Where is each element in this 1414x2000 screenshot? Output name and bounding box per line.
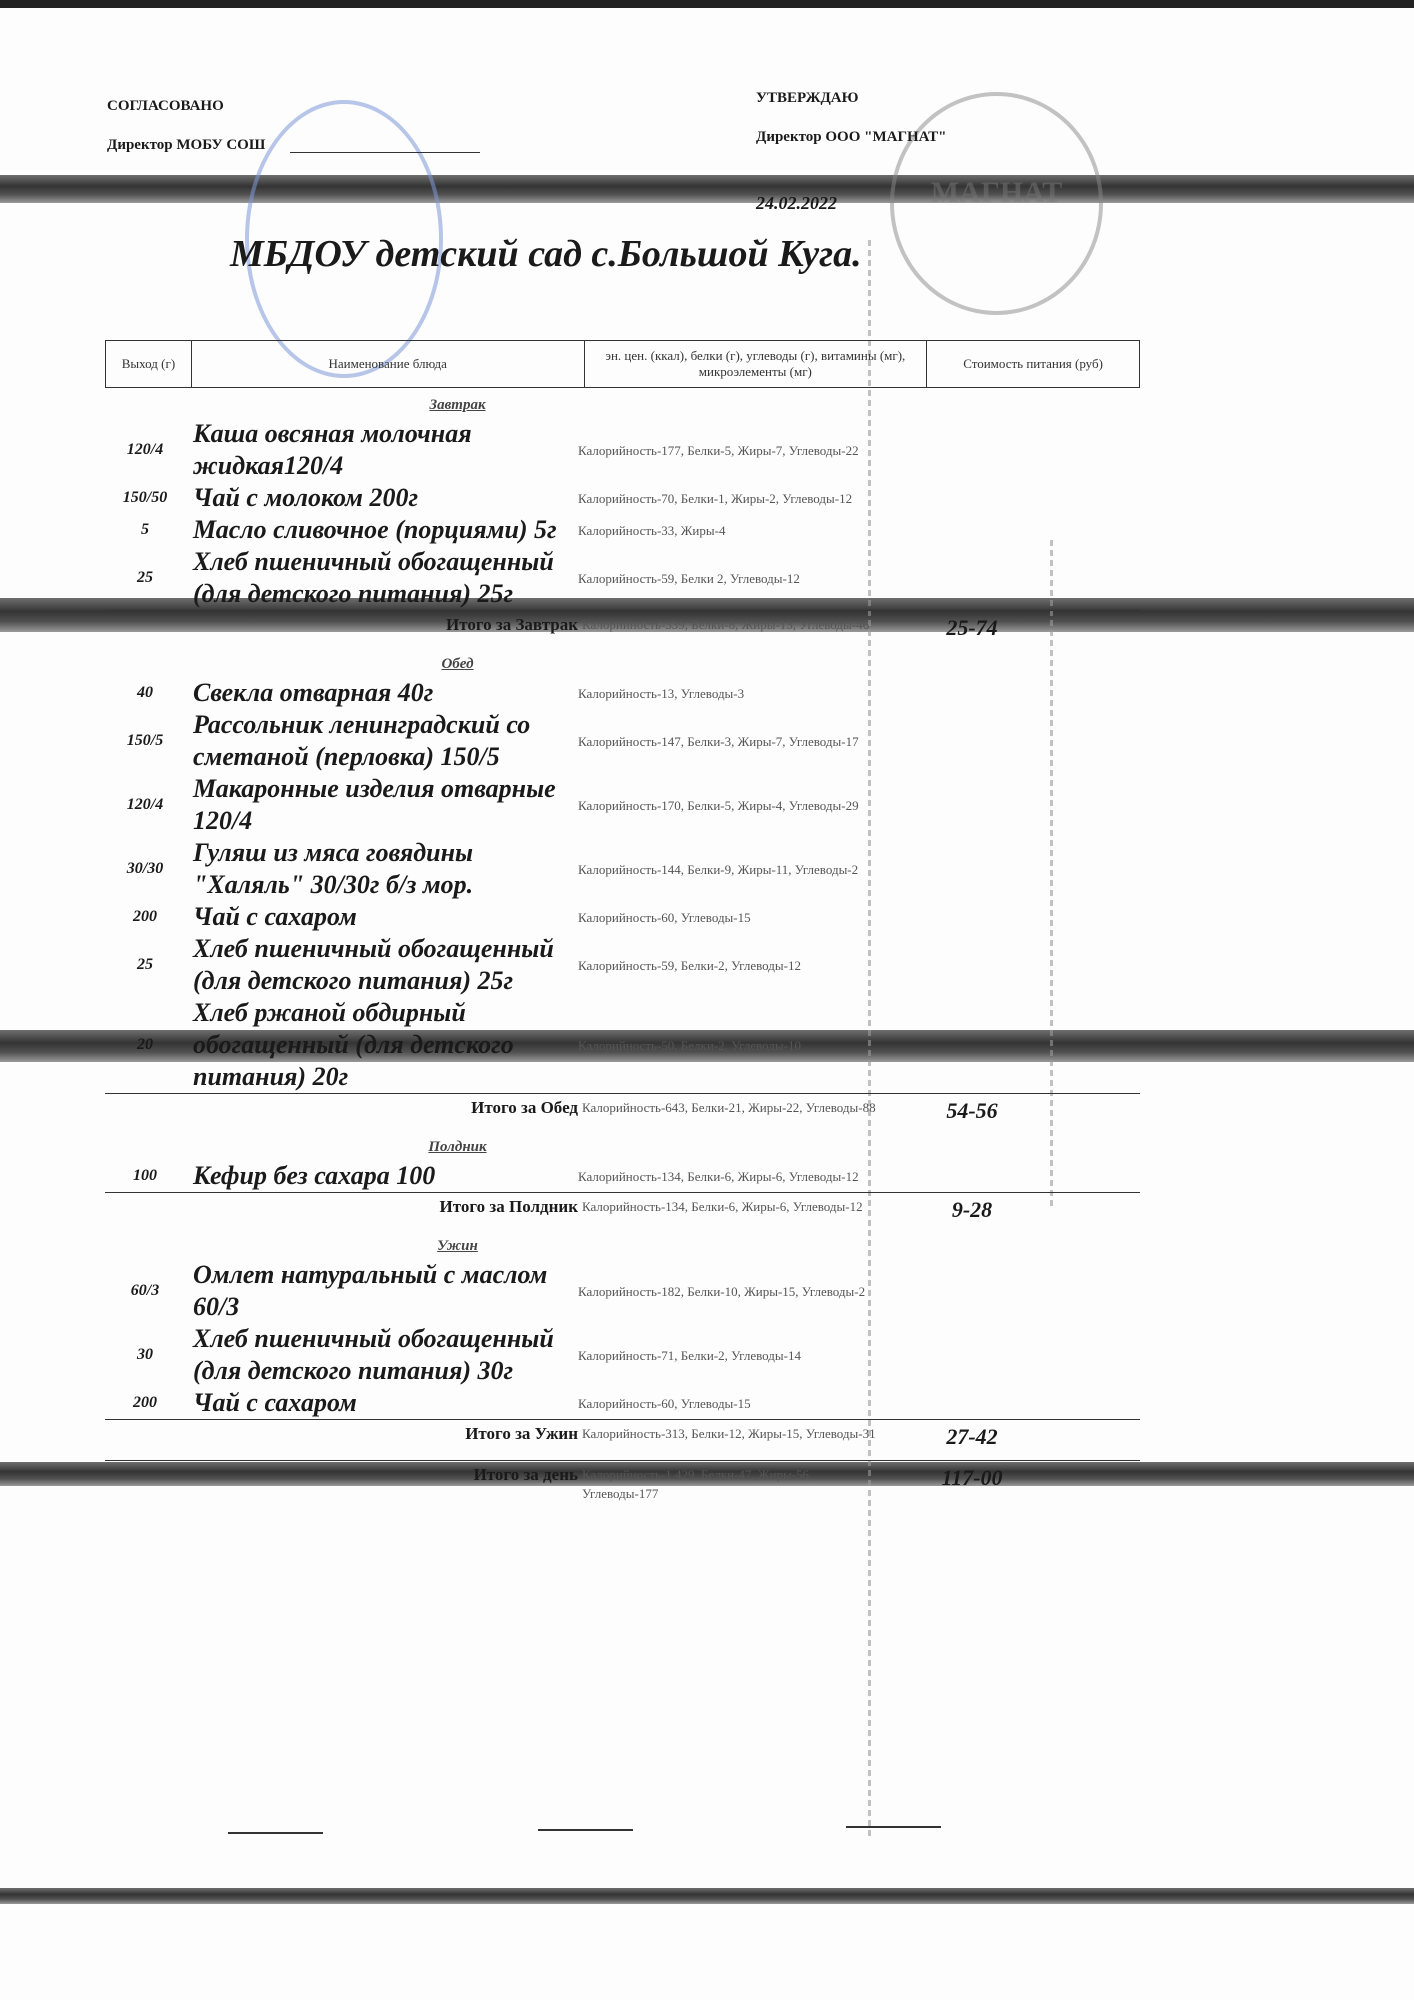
section-total: Итого за УжинКалорийность-313, Белки-12,… bbox=[105, 1419, 1140, 1450]
dish-nutrition: Калорийность-71, Белки-2, Углеводы-14 bbox=[578, 1346, 878, 1365]
page-title: МБДОУ детский сад с.Большой Куга. bbox=[230, 232, 862, 276]
dish-yield: 200 bbox=[105, 908, 185, 926]
dish-name: Кефир без сахара 100 bbox=[185, 1160, 578, 1192]
document-date: 24.02.2022 bbox=[756, 193, 837, 214]
dish-name: Хлеб ржаной обдирный обогащенный (для де… bbox=[185, 997, 578, 1093]
dish-yield: 120/4 bbox=[105, 796, 185, 814]
total-label: Итого за Ужин bbox=[105, 1424, 582, 1450]
dish-yield: 200 bbox=[105, 1394, 185, 1412]
table-row: 100Кефир без сахара 100Калорийность-134,… bbox=[105, 1160, 1140, 1192]
dish-nutrition: Калорийность-33, Жиры-4 bbox=[578, 521, 878, 540]
signature-line bbox=[228, 1832, 323, 1834]
approval-left: СОГЛАСОВАНО Директор МОБУ СОШ bbox=[107, 98, 265, 176]
menu-body: Завтрак120/4Каша овсяная молочная жидкая… bbox=[105, 392, 1140, 1513]
total-nutrition: Калорийность-339, Белки-8, Жиры-13, Угле… bbox=[582, 615, 882, 641]
dish-nutrition: Калорийность-144, Белки-9, Жиры-11, Угле… bbox=[578, 860, 878, 879]
scan-artifact bbox=[0, 1888, 1414, 1904]
dish-nutrition: Калорийность-170, Белки-5, Жиры-4, Углев… bbox=[578, 796, 878, 815]
day-total: Итого за деньКалорийность-1 429, Белки-4… bbox=[105, 1460, 1140, 1503]
section-title: Обед bbox=[105, 651, 1140, 677]
col-yield: Выход (г) bbox=[106, 341, 192, 388]
dish-name: Хлеб пшеничный обогащенный (для детского… bbox=[185, 1323, 578, 1387]
table-row: 20Хлеб ржаной обдирный обогащенный (для … bbox=[105, 997, 1140, 1093]
section-total: Итого за ПолдникКалорийность-134, Белки-… bbox=[105, 1192, 1140, 1223]
dish-nutrition: Калорийность-60, Углеводы-15 bbox=[578, 1394, 878, 1413]
col-nutrition: эн. цен. (ккал), белки (г), углеводы (г)… bbox=[584, 341, 927, 388]
dish-nutrition: Калорийность-134, Белки-6, Жиры-6, Углев… bbox=[578, 1167, 878, 1186]
dish-yield: 100 bbox=[105, 1167, 185, 1185]
table-row: 200Чай с сахаромКалорийность-60, Углевод… bbox=[105, 1387, 1140, 1419]
table-row: 25Хлеб пшеничный обогащенный (для детско… bbox=[105, 933, 1140, 997]
dish-yield: 5 bbox=[105, 521, 185, 539]
dish-nutrition: Калорийность-182, Белки-10, Жиры-15, Угл… bbox=[578, 1282, 878, 1301]
signature-line bbox=[290, 152, 480, 153]
section-total: Итого за ОбедКалорийность-643, Белки-21,… bbox=[105, 1093, 1140, 1124]
dish-yield: 60/3 bbox=[105, 1282, 185, 1300]
table-row: 30Хлеб пшеничный обогащенный (для детско… bbox=[105, 1323, 1140, 1387]
approval-right-position: Директор ООО "МАГНАТ" bbox=[756, 129, 947, 146]
dish-yield: 150/5 bbox=[105, 732, 185, 750]
table-row: 60/3Омлет натуральный с маслом 60/3Калор… bbox=[105, 1259, 1140, 1323]
approval-left-label: СОГЛАСОВАНО bbox=[107, 98, 265, 115]
table-row: 120/4Каша овсяная молочная жидкая120/4Ка… bbox=[105, 418, 1140, 482]
total-nutrition: Калорийность-643, Белки-21, Жиры-22, Угл… bbox=[582, 1098, 882, 1124]
table-row: 120/4Макаронные изделия отварные 120/4Ка… bbox=[105, 773, 1140, 837]
day-total-nutrition: Калорийность-1 429, Белки-47, Жиры-56, У… bbox=[582, 1465, 882, 1503]
approval-right: УТВЕРЖДАЮ Директор ООО "МАГНАТ" bbox=[756, 90, 947, 168]
menu-table-header: Выход (г) Наименование блюда эн. цен. (к… bbox=[105, 340, 1140, 388]
dish-name: Чай с молоком 200г bbox=[185, 482, 578, 514]
dish-nutrition: Калорийность-70, Белки-1, Жиры-2, Углево… bbox=[578, 489, 878, 508]
dish-nutrition: Калорийность-50, Белки-2, Углеводы-10 bbox=[578, 1036, 878, 1055]
total-cost: 9-28 bbox=[882, 1197, 1062, 1223]
stamp-text: МАГНАТ bbox=[894, 176, 1099, 210]
day-total-label: Итого за день bbox=[105, 1465, 582, 1503]
dish-name: Чай с сахаром bbox=[185, 901, 578, 933]
dish-yield: 40 bbox=[105, 684, 185, 702]
day-total-cost: 117-00 bbox=[882, 1465, 1062, 1503]
dish-yield: 150/50 bbox=[105, 489, 185, 507]
dish-yield: 25 bbox=[105, 569, 185, 587]
dish-yield: 120/4 bbox=[105, 441, 185, 459]
dish-yield: 30 bbox=[105, 1346, 185, 1364]
section-title: Завтрак bbox=[105, 392, 1140, 418]
table-row: 150/50Чай с молоком 200гКалорийность-70,… bbox=[105, 482, 1140, 514]
table-row: 25Хлеб пшеничный обогащенный (для детско… bbox=[105, 546, 1140, 610]
section-title: Полдник bbox=[105, 1134, 1140, 1160]
dish-yield: 25 bbox=[105, 956, 185, 974]
total-cost: 27-42 bbox=[882, 1424, 1062, 1450]
dish-name: Омлет натуральный с маслом 60/3 bbox=[185, 1259, 578, 1323]
total-cost: 54-56 bbox=[882, 1098, 1062, 1124]
table-row: 150/5Рассольник ленинградский со сметано… bbox=[105, 709, 1140, 773]
col-dish: Наименование блюда bbox=[191, 341, 584, 388]
dish-nutrition: Калорийность-60, Углеводы-15 bbox=[578, 908, 878, 927]
total-nutrition: Калорийность-134, Белки-6, Жиры-6, Углев… bbox=[582, 1197, 882, 1223]
scan-edge bbox=[0, 0, 1414, 8]
table-row: 40Свекла отварная 40гКалорийность-13, Уг… bbox=[105, 677, 1140, 709]
total-label: Итого за Завтрак bbox=[105, 615, 582, 641]
dish-yield: 30/30 bbox=[105, 860, 185, 878]
total-nutrition: Калорийность-313, Белки-12, Жиры-15, Угл… bbox=[582, 1424, 882, 1450]
total-label: Итого за Полдник bbox=[105, 1197, 582, 1223]
col-cost: Стоимость питания (руб) bbox=[927, 341, 1140, 388]
table-row: 30/30Гуляш из мяса говядины "Халяль" 30/… bbox=[105, 837, 1140, 901]
total-cost: 25-74 bbox=[882, 615, 1062, 641]
dish-name: Хлеб пшеничный обогащенный (для детского… bbox=[185, 546, 578, 610]
approval-right-label: УТВЕРЖДАЮ bbox=[756, 90, 947, 107]
signature-line bbox=[846, 1826, 941, 1828]
dish-yield: 20 bbox=[105, 1036, 185, 1054]
approval-left-position: Директор МОБУ СОШ bbox=[107, 137, 265, 154]
dish-nutrition: Калорийность-177, Белки-5, Жиры-7, Углев… bbox=[578, 441, 878, 460]
scan-artifact bbox=[0, 175, 1414, 203]
dish-nutrition: Калорийность-59, Белки 2, Углеводы-12 bbox=[578, 569, 878, 588]
table-row: 5Масло сливочное (порциями) 5гКалорийнос… bbox=[105, 514, 1140, 546]
dish-nutrition: Калорийность-59, Белки-2, Углеводы-12 bbox=[578, 956, 878, 975]
section-title: Ужин bbox=[105, 1233, 1140, 1259]
table-row: 200Чай с сахаромКалорийность-60, Углевод… bbox=[105, 901, 1140, 933]
dish-nutrition: Калорийность-147, Белки-3, Жиры-7, Углев… bbox=[578, 732, 878, 751]
dish-name: Хлеб пшеничный обогащенный (для детского… bbox=[185, 933, 578, 997]
dish-name: Макаронные изделия отварные 120/4 bbox=[185, 773, 578, 837]
dish-nutrition: Калорийность-13, Углеводы-3 bbox=[578, 684, 878, 703]
total-label: Итого за Обед bbox=[105, 1098, 582, 1124]
dish-name: Масло сливочное (порциями) 5г bbox=[185, 514, 578, 546]
dish-name: Чай с сахаром bbox=[185, 1387, 578, 1419]
dish-name: Каша овсяная молочная жидкая120/4 bbox=[185, 418, 578, 482]
section-total: Итого за ЗавтракКалорийность-339, Белки-… bbox=[105, 610, 1140, 641]
dish-name: Свекла отварная 40г bbox=[185, 677, 578, 709]
dish-name: Рассольник ленинградский со сметаной (пе… bbox=[185, 709, 578, 773]
dish-name: Гуляш из мяса говядины "Халяль" 30/30г б… bbox=[185, 837, 578, 901]
signature-line bbox=[538, 1829, 633, 1831]
